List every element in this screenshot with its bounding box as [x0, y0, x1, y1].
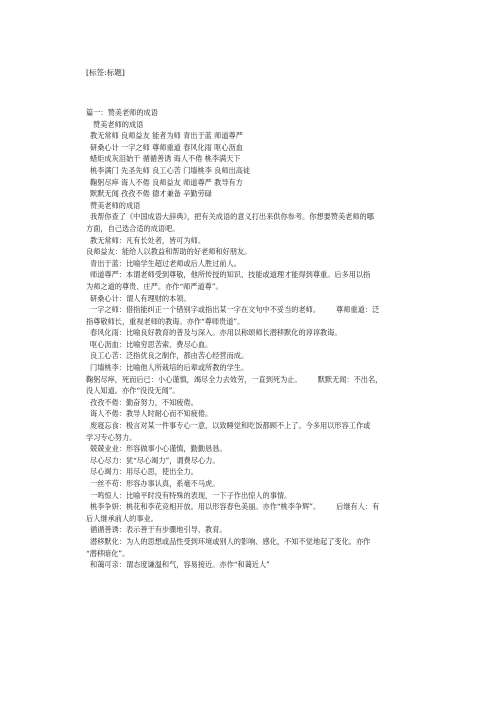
text-line: 赞美老师的成语	[86, 200, 416, 212]
text-line: 师道尊严：本谓老师受到尊敬，他所传授的知识、技能或道理才能得到尊重。后多用以指	[86, 269, 416, 281]
text-line: 鞠躬尽瘁，死而后已：小心谨慎，竭尽全力去效劳，一直到死为止。默默无闻：不出名，	[86, 374, 416, 386]
tag-title-placeholder: [标签:标题]	[86, 68, 125, 78]
line-text: 诲人不倦：教导人时耐心而不知疲倦。	[90, 409, 212, 418]
line-text: 篇一：赞美老师的成语	[86, 108, 158, 117]
text-line: 和蔼可亲：谓态度谦温和气，容易接近。亦作“和蔼近人”	[86, 559, 416, 571]
text-line: 桃李满门 先圣先师 良工心苦 门墙桃李 良师出高徒	[86, 165, 416, 177]
line-text: 桃李争妍：桃花和李花竞相开放。用以形容春色美丽。亦作“桃李争辉”。	[90, 502, 320, 511]
text-line: 方面，自己选合适的成语吧。	[86, 223, 416, 235]
line-text: 默默无闻 孜孜不倦 德才兼备 辛勤劳碌	[90, 189, 212, 198]
line-text: 指尊敬师长，重视老师的教诲。亦作“尊师贵道”。	[86, 317, 244, 326]
line-text: 学习专心努力。	[86, 433, 136, 442]
line-text-tail: 默默无闻：不出名，	[318, 375, 383, 384]
line-text: 一丝不苟：形容办事认真，系毫不马虎。	[90, 479, 219, 488]
line-text: 废寝忘食：极言对某一件事专心一意，以致睡觉和吃饭都顾不上了。今多用以形容工作或	[90, 421, 370, 430]
line-text: 教无常师：凡有长处者，皆可为师。	[90, 236, 205, 245]
line-text: 师道尊严：本谓老师受到尊敬，他所传授的知识、技能或道理才能得到尊重。后多用以指	[90, 270, 370, 279]
text-line: 桃李争妍：桃花和李花竞相开放。用以形容春色美丽。亦作“桃李争辉”。后继有人：有	[86, 501, 416, 513]
text-line: 研桑心计：谓人有理财的本领。	[86, 293, 416, 305]
text-line: “潜移暗化”。	[86, 548, 416, 560]
text-line: 呕心沥血：比喻穷思苦索、费尽心血。	[86, 339, 416, 351]
document-page: [标签:标题] 篇一：赞美老师的成语赞美老师的成语教无常师 良师益友 能者为师 …	[0, 0, 496, 702]
line-text: 尽心竭力：用尽心思，使出全力。	[90, 467, 198, 476]
line-text: 兢兢业业：形容做事小心谨慎，勤勤恳恳。	[90, 444, 227, 453]
text-line: 循循善诱：表示善于有步骤地引导、教育。	[86, 524, 416, 536]
line-text: 鞠躬尽瘁 诲人不倦 良师益友 师道尊严 教导有方	[90, 178, 243, 187]
text-line: 废寝忘食：极言对某一件事专心一意，以致睡觉和吃饭都顾不上了。今多用以形容工作或	[86, 420, 416, 432]
line-text: 呕心沥血：比喻穷思苦索、费尽心血。	[90, 340, 212, 349]
text-line: 良工心苦：泛指优良之制作，都由苦心经营而成。	[86, 350, 416, 362]
line-text: 赞美老师的成语	[93, 120, 143, 129]
line-text: 一鸣惊人：比喻平时没有特殊的表现，一下子作出惊人的事情。	[90, 491, 291, 500]
line-text: 良师益友：能给人以教益和帮助的好老师和好朋友。	[86, 247, 251, 256]
text-line: 潜移默化：为人的思想或品性受到环境或别人的影响、感化，不知不觉地起了变化。亦作	[86, 536, 416, 548]
document-body: 篇一：赞美老师的成语赞美老师的成语教无常师 良师益友 能者为师 青出于蓝 师道尊…	[86, 107, 416, 571]
text-line: 教无常师：凡有长处者，皆可为师。	[86, 235, 416, 247]
line-text: 教无常师 良师益友 能者为师 青出于蓝 师道尊严	[90, 131, 243, 140]
text-line: 赞美老师的成语	[86, 119, 416, 131]
line-text: 赞美老师的成语	[90, 201, 140, 210]
line-text: 青出于蓝：比喻学生超过老师或后人胜过前人。	[90, 259, 241, 268]
line-text: 鞠躬尽瘁，死而后已：小心谨慎，竭尽全力去效劳，一直到死为止。	[86, 375, 302, 384]
text-line: 孜孜不倦：勤奋努力，不知疲倦。	[86, 397, 416, 409]
line-text: 为师之道的尊贵、庄严。亦作“师严道尊”。	[86, 282, 223, 291]
line-text: 方面，自己选合适的成语吧。	[86, 224, 179, 233]
line-text: 桃李满门 先圣先师 良工心苦 门墙桃李 良师出高徒	[90, 166, 250, 175]
text-line: 良师益友：能给人以教益和帮助的好老师和好朋友。	[86, 246, 416, 258]
line-text: 研桑心计 一字之师 尊师重道 春风化雨 呕心沥血	[90, 143, 243, 152]
line-text-tail: 后继有人：有	[336, 502, 379, 511]
text-line: 尽心竭力：用尽心思，使出全力。	[86, 466, 416, 478]
text-line: 教无常师 良师益友 能者为师 青出于蓝 师道尊严	[86, 130, 416, 142]
line-text: 和蔼可亲：谓态度谦温和气，容易接近。亦作“和蔼近人”	[90, 560, 270, 569]
text-line: 一丝不苟：形容办事认真，系毫不马虎。	[86, 478, 416, 490]
text-line: 兢兢业业：形容做事小心谨慎，勤勤恳恳。	[86, 443, 416, 455]
text-line: 为师之道的尊贵、庄严。亦作“师严道尊”。	[86, 281, 416, 293]
text-line: 指尊敬师长，重视老师的教诲。亦作“尊师贵道”。	[86, 316, 416, 328]
line-text: 循循善诱：表示善于有步骤地引导、教育。	[90, 525, 227, 534]
text-line: 门墙桃李：比喻他人所栽培的后辈或所教的学生。	[86, 362, 416, 374]
line-text: 潜移默化：为人的思想或品性受到环境或别人的影响、感化，不知不觉地起了变化。亦作	[90, 537, 370, 546]
line-text: 门墙桃李：比喻他人所栽培的后辈或所教的学生。	[90, 363, 248, 372]
line-text-tail: 尊师重道：泛	[336, 305, 379, 314]
text-line: 鞠躬尽瘁 诲人不倦 良师益友 师道尊严 教导有方	[86, 177, 416, 189]
text-line: 后人继承前人的事业。	[86, 513, 416, 525]
line-text: 没人知道。亦作“没没无闻”。	[86, 386, 180, 395]
line-text: 我帮你查了《中国成语大辞典》，把有关成语的意义打出来供你参考。你想要赞美老师的哪	[90, 212, 374, 221]
text-line: 一鸣惊人：比喻平时没有特殊的表现，一下子作出惊人的事情。	[86, 490, 416, 502]
line-text: 后人继承前人的事业。	[86, 514, 158, 523]
text-line: 没人知道。亦作“没没无闻”。	[86, 385, 416, 397]
line-text: “潜移暗化”。	[86, 549, 129, 558]
text-line: 青出于蓝：比喻学生超过老师或后人胜过前人。	[86, 258, 416, 270]
line-text: 春风化雨：比喻良好教育的普及与深入。亦用以称颂师长潜移默化的谆谆教诲。	[90, 328, 342, 337]
text-line: 诲人不倦：教导人时耐心而不知疲倦。	[86, 408, 416, 420]
text-line: 默默无闻 孜孜不倦 德才兼备 辛勤劳碌	[86, 188, 416, 200]
line-text: 研桑心计：谓人有理财的本领。	[90, 294, 191, 303]
line-text: 孜孜不倦：勤奋努力，不知疲倦。	[90, 398, 198, 407]
line-text: 尽心尽力：犹“尽心竭力”，谓费尽心力。	[90, 456, 220, 465]
text-line: 蜡炬成灰泪始干 循循善诱 诲人不倦 桃李满天下	[86, 153, 416, 165]
text-line: 一字之师：借指能纠正一个错别字或指出某一字在文句中不妥当的老师。尊师重道：泛	[86, 304, 416, 316]
text-line: 研桑心计 一字之师 尊师重道 春风化雨 呕心沥血	[86, 142, 416, 154]
text-line: 学习专心努力。	[86, 432, 416, 444]
text-line: 尽心尽力：犹“尽心竭力”，谓费尽心力。	[86, 455, 416, 467]
text-line: 我帮你查了《中国成语大辞典》，把有关成语的意义打出来供你参考。你想要赞美老师的哪	[86, 211, 416, 223]
line-text: 蜡炬成灰泪始干 循循善诱 诲人不倦 桃李满天下	[90, 154, 241, 163]
text-line: 春风化雨：比喻良好教育的普及与深入。亦用以称颂师长潜移默化的谆谆教诲。	[86, 327, 416, 339]
section-heading: 篇一：赞美老师的成语	[86, 107, 416, 119]
line-text: 良工心苦：泛指优良之制作，都由苦心经营而成。	[90, 351, 248, 360]
line-text: 一字之师：借指能纠正一个错别字或指出某一字在文句中不妥当的老师。	[90, 305, 320, 314]
